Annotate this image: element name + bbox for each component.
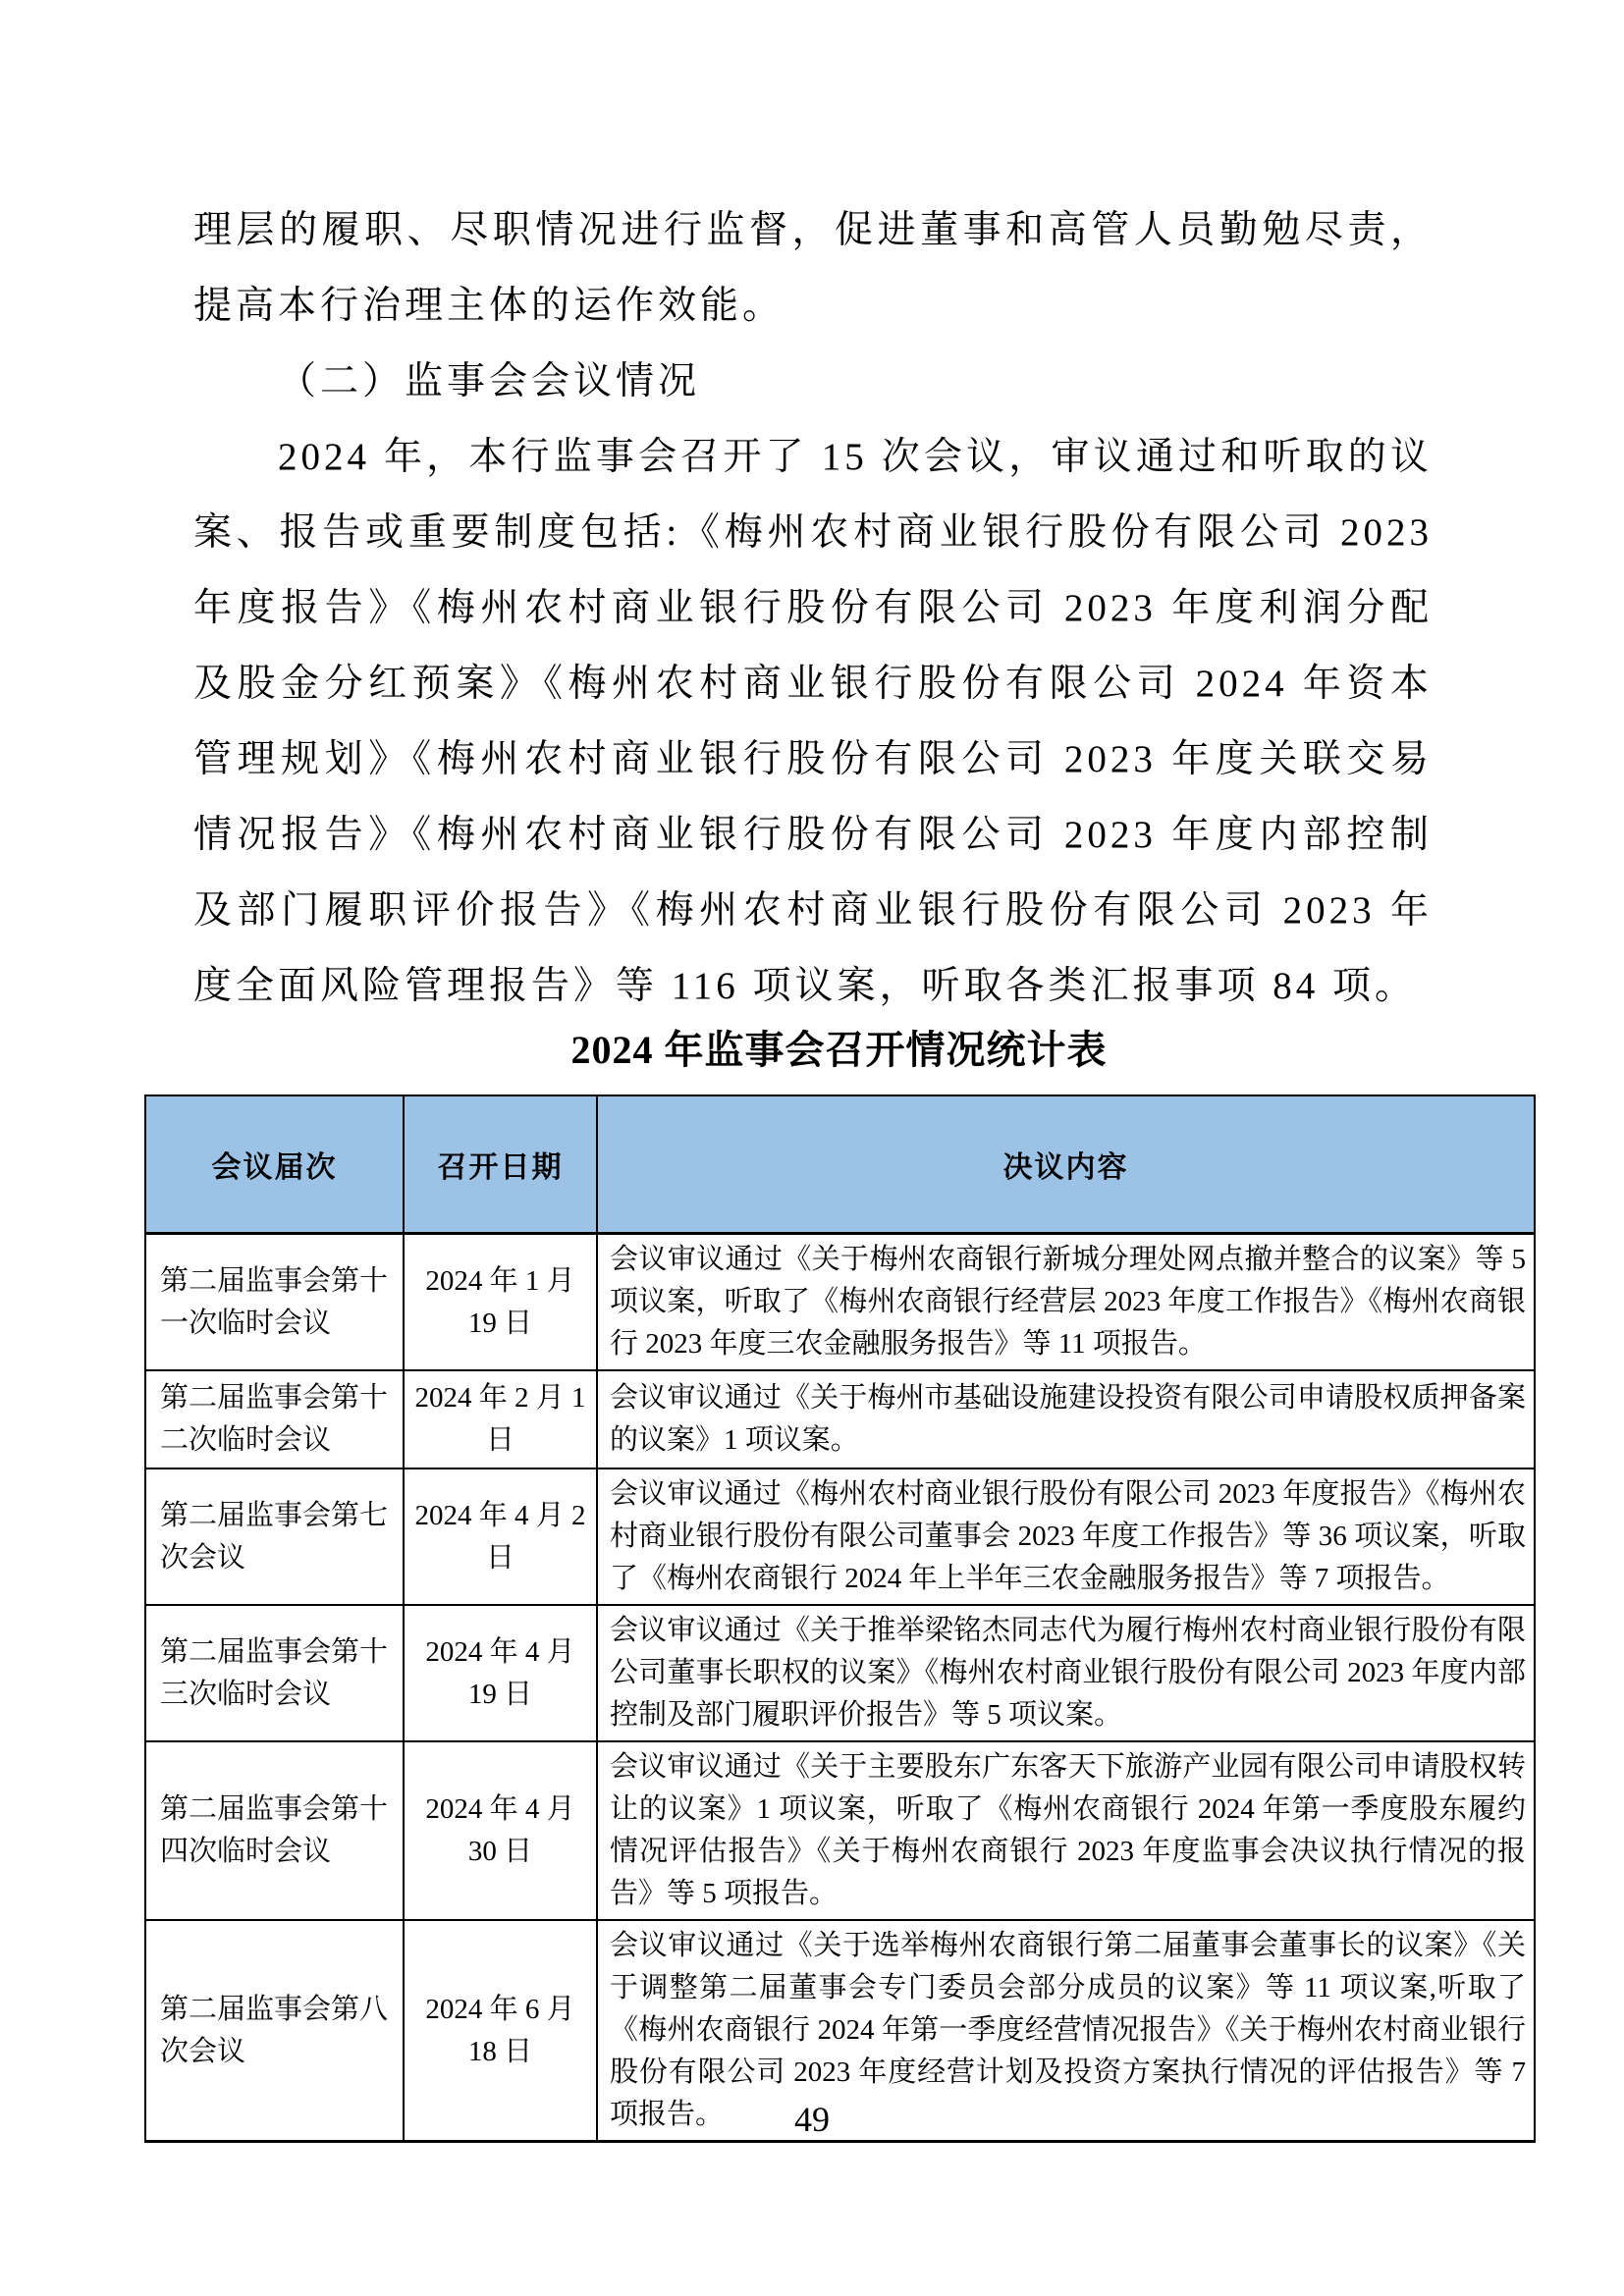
content-cell: 会议审议通过《梅州农村商业银行股份有限公司 2023 年度报告》《梅州农村商业银… — [597, 1468, 1535, 1605]
table-title: 2024 年监事会召开情况统计表 — [144, 1019, 1534, 1075]
table-row: 第二届监事会第十一次临时会议 2024 年 1 月 19 日 会议审议通过《关于… — [145, 1234, 1535, 1371]
content-cell: 会议审议通过《关于梅州市基础设施建设投资有限公司申请股权质押备案的议案》1 项议… — [597, 1370, 1535, 1468]
date-cell: 2024 年 4 月 2 日 — [404, 1468, 597, 1605]
date-cell: 2024 年 2 月 1 日 — [404, 1370, 597, 1468]
session-cell: 第二届监事会第十三次临时会议 — [145, 1605, 404, 1741]
supervisory-board-meetings-table: 会议届次 召开日期 决议内容 第二届监事会第十一次临时会议 2024 年 1 月… — [144, 1095, 1536, 2143]
page-number: 49 — [0, 2099, 1624, 2140]
content-cell: 会议审议通过《关于梅州农商银行新城分理处网点撤并整合的议案》等 5 项议案，听取… — [597, 1234, 1535, 1371]
header-session-column: 会议届次 — [145, 1095, 404, 1234]
session-cell: 第二届监事会第十二次临时会议 — [145, 1370, 404, 1468]
table-row: 第二届监事会第十三次临时会议 2024 年 4 月 19 日 会议审议通过《关于… — [145, 1605, 1535, 1741]
table-row: 第二届监事会第十四次临时会议 2024 年 4 月 30 日 会议审议通过《关于… — [145, 1741, 1535, 1920]
session-cell: 第二届监事会第十一次临时会议 — [145, 1234, 404, 1371]
content-cell: 会议审议通过《关于推举梁铭杰同志代为履行梅州农村商业银行股份有限公司董事长职权的… — [597, 1605, 1535, 1741]
table-header-row: 会议届次 召开日期 决议内容 — [145, 1095, 1535, 1234]
date-cell: 2024 年 4 月 19 日 — [404, 1605, 597, 1741]
date-cell: 2024 年 4 月 30 日 — [404, 1741, 597, 1920]
table-row: 第二届监事会第十二次临时会议 2024 年 2 月 1 日 会议审议通过《关于梅… — [145, 1370, 1535, 1468]
paragraph-continuation: 理层的履职、尽职情况进行监督，促进董事和高管人员勤勉尽责，提高本行治理主体的运作… — [193, 192, 1433, 344]
date-cell: 2024 年 1 月 19 日 — [404, 1234, 597, 1371]
table-row: 第二届监事会第七次会议 2024 年 4 月 2 日 会议审议通过《梅州农村商业… — [145, 1468, 1535, 1605]
document-page: 理层的履职、尽职情况进行监督，促进董事和高管人员勤勉尽责，提高本行治理主体的运作… — [0, 0, 1624, 2296]
body-text-block: 理层的履职、尽职情况进行监督，促进董事和高管人员勤勉尽责，提高本行治理主体的运作… — [193, 192, 1433, 1024]
header-content-column: 决议内容 — [597, 1095, 1535, 1234]
session-cell: 第二届监事会第十四次临时会议 — [145, 1741, 404, 1920]
session-cell: 第二届监事会第七次会议 — [145, 1468, 404, 1605]
section-paragraph: 2024 年，本行监事会召开了 15 次会议，审议通过和听取的议案、报告或重要制… — [193, 419, 1433, 1024]
content-cell: 会议审议通过《关于主要股东广东客天下旅游产业园有限公司申请股权转让的议案》1 项… — [597, 1741, 1535, 1920]
section-heading: （二）监事会会议情况 — [193, 344, 1433, 419]
header-date-column: 召开日期 — [404, 1095, 597, 1234]
